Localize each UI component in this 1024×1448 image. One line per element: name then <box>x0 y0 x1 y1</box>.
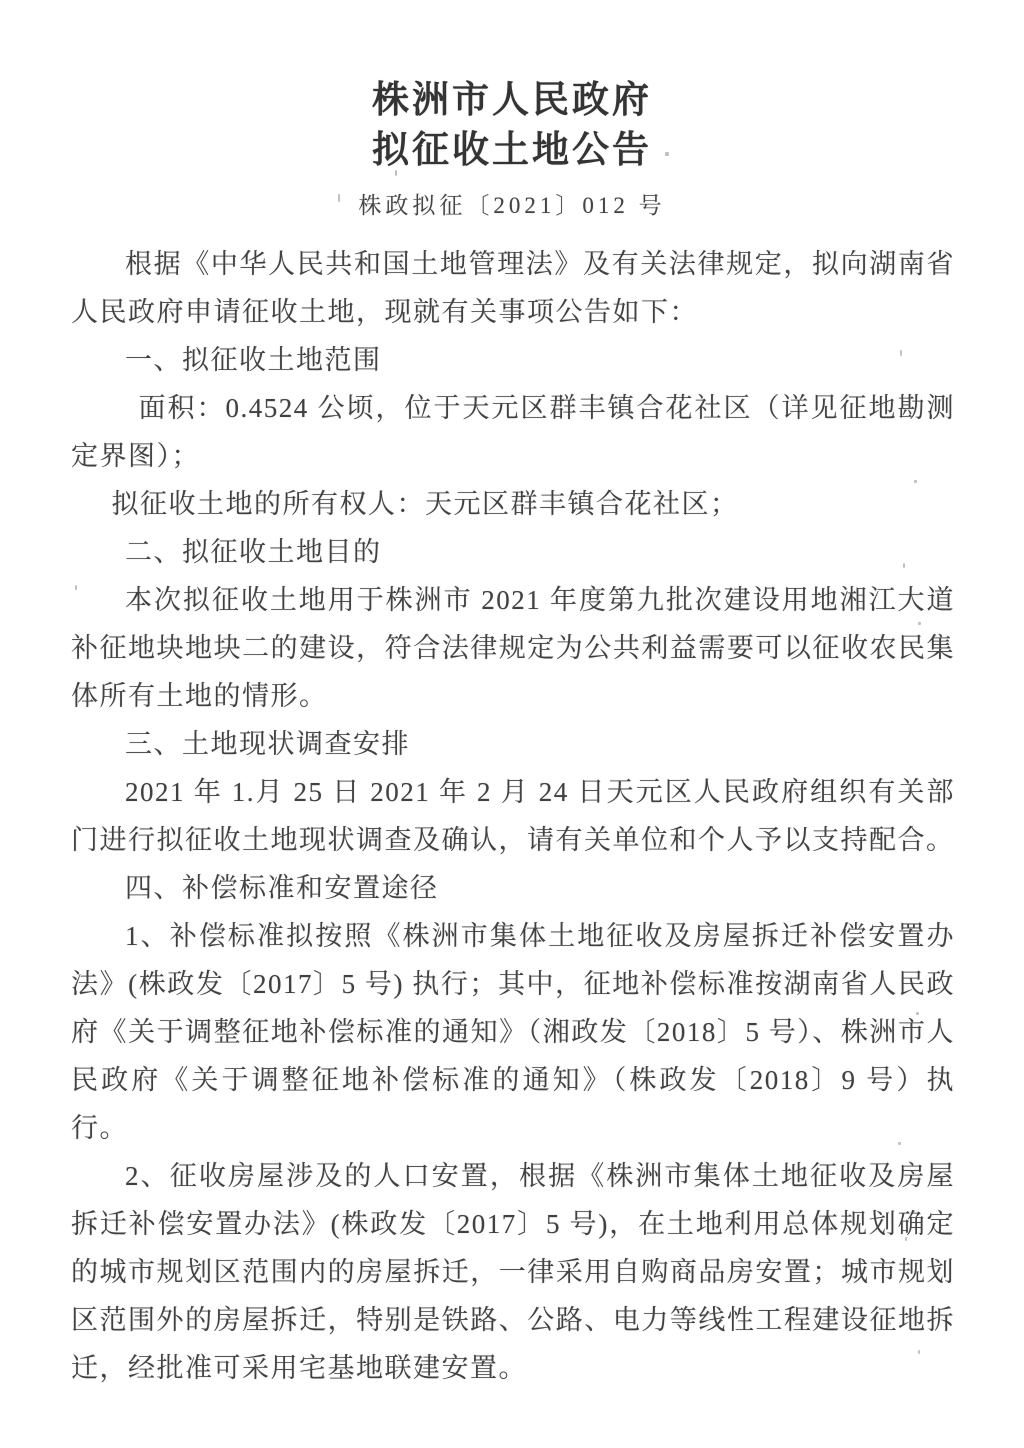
scan-speck <box>916 1012 919 1015</box>
document-body: 根据《中华人民共和国土地管理法》及有关法律规定，拟向湖南省人民政府申请征收土地，… <box>71 240 955 1392</box>
document-title-line2: 拟征收土地公告 <box>0 126 1024 176</box>
scan-speck <box>912 258 915 261</box>
scan-speck <box>338 194 340 202</box>
scanned-document-page: 株洲市人民政府 拟征收土地公告 株政拟征〔2021〕012 号 根据《中华人民共… <box>0 0 1024 1448</box>
section-1-heading: 一、拟征收土地范围 <box>71 336 955 384</box>
document-number: 株政拟征〔2021〕012 号 <box>0 192 1024 220</box>
scan-speck <box>918 622 921 625</box>
paragraph-land-owner: 拟征收土地的所有权人：天元区群丰镇合花社区； <box>71 480 955 528</box>
section-4-heading: 四、补偿标准和安置途径 <box>71 864 955 912</box>
section-2-heading: 二、拟征收土地目的 <box>71 528 955 576</box>
paragraph-land-area: 面积：0.4524 公顷，位于天元区群丰镇合花社区（详见征地勘测定界图）； <box>71 384 955 480</box>
scan-speck <box>905 1237 907 1241</box>
paragraph-purpose: 本次拟征收土地用于株洲市 2021 年度第九批次建设用地湘江大道补征地块地块二的… <box>71 576 955 720</box>
paragraph-survey-arrangement: 2021 年 1.月 25 日 2021 年 2 月 24 日天元区人民政府组织… <box>71 768 955 864</box>
paragraph-intro: 根据《中华人民共和国土地管理法》及有关法律规定，拟向湖南省人民政府申请征收土地，… <box>71 240 955 336</box>
scan-speck <box>665 152 669 156</box>
scan-speck <box>898 1142 901 1145</box>
section-3-heading: 三、土地现状调查安排 <box>71 720 955 768</box>
scan-speck <box>914 480 917 483</box>
scan-speck <box>900 350 902 356</box>
scan-speck <box>908 787 910 791</box>
scan-speck <box>395 170 397 176</box>
scan-speck <box>888 1322 891 1325</box>
scan-speck <box>918 1350 920 1354</box>
paragraph-compensation-2: 2、征收房屋涉及的人口安置，根据《株洲市集体土地征收及房屋拆迁补偿安置办法》(株… <box>71 1152 955 1392</box>
scan-speck <box>903 563 905 568</box>
document-title-line1: 株洲市人民政府 <box>0 0 1024 126</box>
scan-speck <box>75 585 77 590</box>
paragraph-compensation-1: 1、补偿标准拟按照《株洲市集体土地征收及房屋拆迁补偿安置办法》(株政发〔2017… <box>71 912 955 1152</box>
